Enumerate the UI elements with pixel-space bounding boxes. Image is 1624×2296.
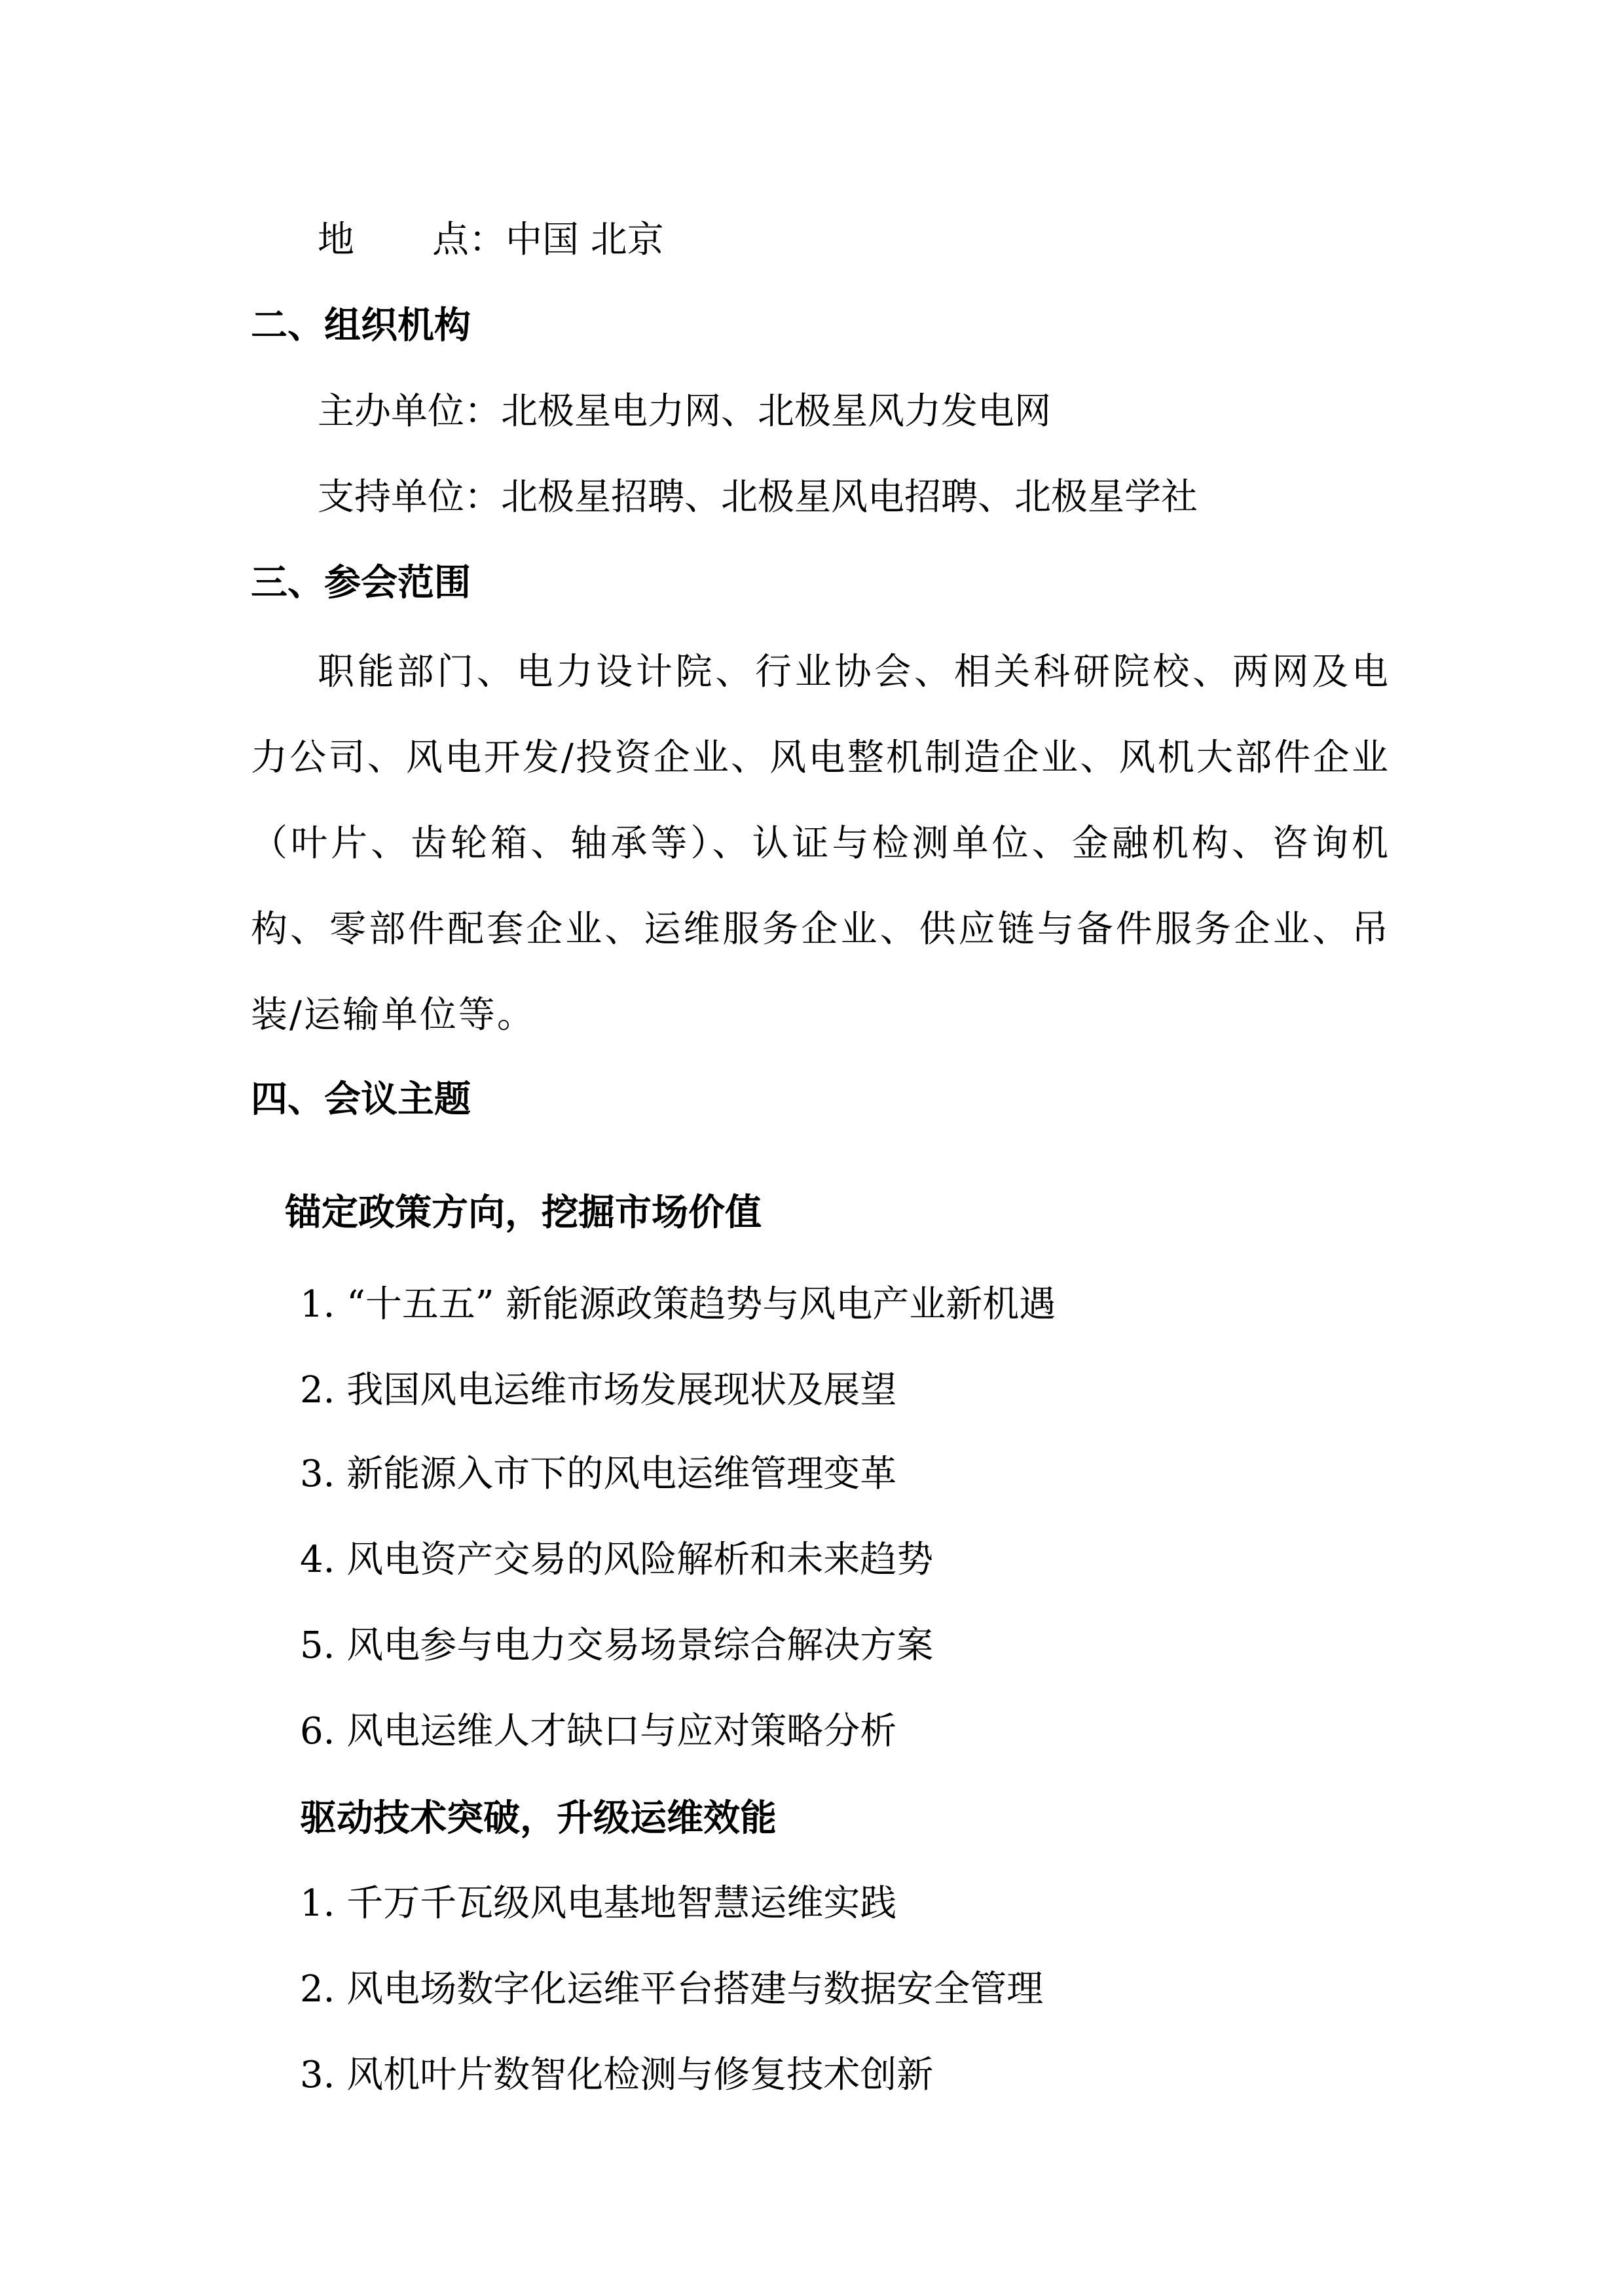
- section-heading-organization: 二、组织机构: [251, 303, 471, 349]
- section-heading-themes: 四、会议主题: [251, 1077, 471, 1123]
- theme-item: 3. 新能源入市下的风电运维管理变革: [300, 1451, 896, 1497]
- support-units: 支持单位：北极星招聘、北极星风电招聘、北极星学社: [318, 475, 1198, 520]
- theme-item: 1. 千万千瓦级风电基地智慧运维实践: [300, 1881, 896, 1927]
- location-line: 地点：中国 北京: [318, 217, 664, 263]
- participants-paragraph: 职能部门、电力设计院、行业协会、相关科研院校、两网及电力公司、风电开发/投资企业…: [251, 629, 1390, 1058]
- theme-group-title-policy: 锚定政策方向，挖掘市场价值: [285, 1190, 762, 1236]
- location-value: 中国 北京: [506, 219, 664, 261]
- theme-item: 4. 风电资产交易的风险解析和未来趋势: [300, 1537, 933, 1583]
- section-heading-participants: 三、参会范围: [251, 560, 471, 606]
- theme-item: 5. 风电参与电力交易场景综合解决方案: [300, 1623, 933, 1669]
- theme-item: 3. 风机叶片数智化检测与修复技术创新: [300, 2052, 933, 2098]
- theme-item: 1. “十五五” 新能源政策趋势与风电产业新机遇: [300, 1282, 1056, 1328]
- location-label-a: 地: [318, 217, 432, 263]
- host-units: 主办单位：北极星电力网、北极星风力发电网: [318, 389, 1051, 435]
- theme-item: 2. 我国风电运维市场发展现状及展望: [300, 1368, 896, 1413]
- theme-item: 2. 风电场数字化运维平台搭建与数据安全管理: [300, 1967, 1043, 2013]
- theme-item: 6. 风电运维人才缺口与应对策略分析: [300, 1709, 896, 1755]
- location-label-b: 点：: [432, 219, 506, 261]
- theme-group-title-technology: 驱动技术突破，升级运维效能: [300, 1796, 777, 1842]
